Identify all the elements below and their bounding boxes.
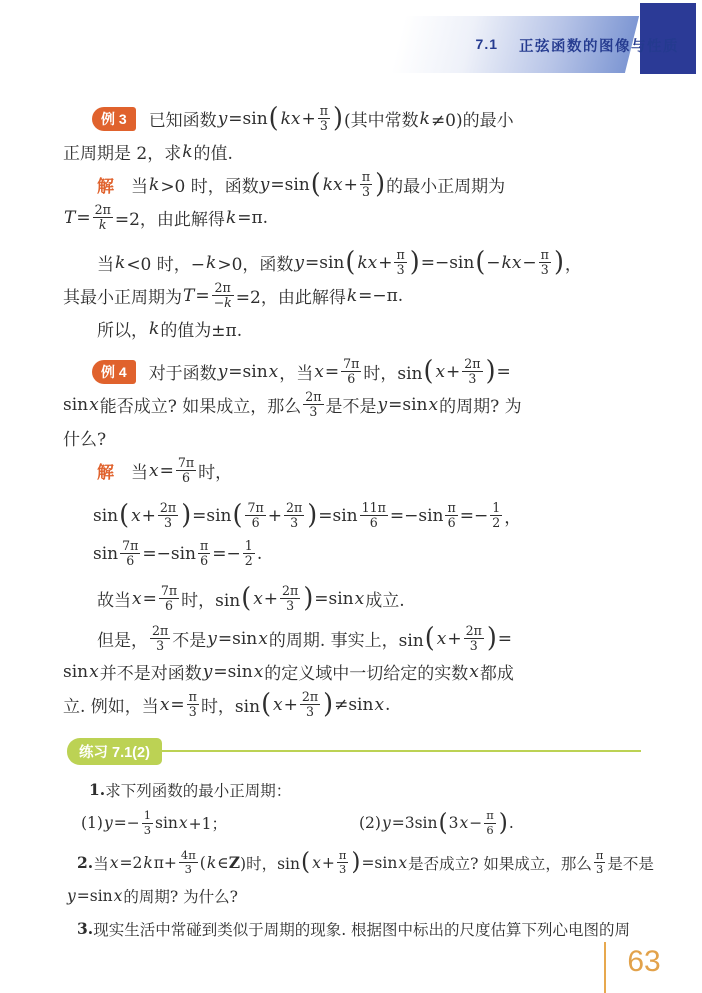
- paren: ): [306, 505, 318, 526]
- text-run: +: [378, 253, 392, 273]
- fraction: 12: [490, 501, 502, 531]
- fraction-numerator: 11π: [360, 501, 388, 515]
- example-badge: 例 3: [92, 107, 136, 131]
- paren: (: [423, 361, 435, 382]
- text-run: =sin: [213, 662, 252, 682]
- bold-run: 1.: [89, 780, 105, 799]
- text-run: =sin: [218, 629, 257, 649]
- fraction-numerator: 7π: [245, 501, 265, 515]
- fraction-denominator: 3: [280, 598, 300, 613]
- math-variable: y: [66, 887, 77, 905]
- text-run: 对于函数: [149, 359, 217, 384]
- fraction-denominator: 3: [360, 184, 372, 199]
- text-run: ≠sin: [334, 695, 373, 715]
- text-run: =sin: [228, 362, 267, 382]
- text-run: .: [257, 544, 262, 564]
- fraction-denominator: 3: [187, 704, 199, 719]
- math-variable: kx: [356, 253, 378, 273]
- text-run: +: [284, 695, 298, 715]
- text-line: 3. 现实生活中常碰到类似于周期的现象. 根据图中标出的尺度估算下列心电图的周: [63, 912, 641, 945]
- math-variable: k: [148, 319, 160, 339]
- document-body: 例 3已知函数 y=sin(kx+π3)(其中常数 k≠0)的最小正周期是 2，…: [63, 100, 641, 945]
- math-variable: x: [354, 589, 366, 609]
- fraction-denominator: 3: [462, 371, 482, 386]
- text-run: 时，sin: [201, 692, 260, 717]
- text-run: 时，: [198, 458, 232, 483]
- text-run: sin: [155, 814, 178, 832]
- practice-badge: 练习 7.1(2): [67, 738, 162, 765]
- text-run: 立. 例如，当: [63, 692, 159, 717]
- math-variable: x: [397, 854, 408, 872]
- text-run: 当: [131, 172, 148, 197]
- math-variable: y: [381, 814, 392, 832]
- math-variable: x: [113, 887, 124, 905]
- math-variable: x: [428, 395, 440, 415]
- text-run: =sin: [228, 109, 267, 129]
- text-run: =−sin: [421, 253, 475, 273]
- text-run: (2): [359, 814, 381, 832]
- example-badge: 例 4: [92, 360, 136, 384]
- text-run: =: [195, 286, 209, 306]
- text-line: 但是，2π3不是 y=sin x 的周期. 事实上，sin(x+2π3)=: [63, 622, 641, 655]
- text-line: 什么?: [63, 421, 641, 454]
- text-run: +1；: [189, 812, 227, 834]
- text-run: 的周期? 为: [439, 392, 522, 417]
- text-line: (1) y=−13sin x+1；(2) y=3sin(3x−π6).: [63, 806, 641, 840]
- text-run: sin: [93, 544, 118, 564]
- text-run: 正周期是 2，求: [63, 139, 181, 164]
- fraction-denominator: 3: [150, 638, 170, 653]
- fraction-denominator: 3: [284, 515, 304, 530]
- text-run: =sin: [305, 253, 344, 273]
- fraction-numerator: 7π: [159, 584, 179, 598]
- column-1: (1) y=−13sin x+1；: [63, 809, 359, 836]
- fraction-numerator: π: [337, 849, 349, 862]
- text-run: sin: [63, 662, 88, 682]
- paren: (: [268, 108, 280, 129]
- text-run: =2，由此解得: [236, 283, 346, 308]
- text-line: y=sin x 的周期? 为什么?: [63, 879, 641, 912]
- text-run: −: [522, 253, 536, 273]
- fraction-denominator: 3: [179, 862, 198, 876]
- math-variable: k: [114, 253, 126, 273]
- fraction-numerator: 2π: [284, 501, 304, 515]
- text-run: 时，sin: [363, 359, 422, 384]
- text-run: sin: [63, 395, 88, 415]
- math-variable: x: [311, 854, 322, 872]
- math-variable: y: [217, 109, 229, 129]
- text-run: 现实生活中常碰到类似于周期的现象. 根据图中标出的尺度估算下列心电图的周: [93, 918, 630, 940]
- text-run: =sin: [77, 887, 113, 905]
- text-run: =: [76, 208, 90, 228]
- math-variable: k: [225, 208, 237, 228]
- section-number: 7.1: [450, 36, 498, 52]
- paren: ): [553, 252, 565, 273]
- text-line: sin x 能否成立? 如果成立，那么2π3是不是 y=sin x 的周期? 为: [63, 388, 641, 421]
- text-run: >0，函数: [217, 250, 293, 275]
- paren: ): [485, 361, 497, 382]
- fraction: 2π3: [303, 390, 323, 420]
- fraction: π3: [594, 849, 606, 876]
- text-run: =: [170, 695, 184, 715]
- fraction-numerator: π: [198, 539, 210, 553]
- text-run: +: [322, 854, 335, 872]
- text-run: =−sin: [390, 506, 444, 526]
- fraction-denominator: 6: [120, 553, 140, 568]
- text-run: =sin: [270, 175, 309, 195]
- text-run: =: [160, 461, 174, 481]
- text-run: 的周期? 为什么?: [123, 885, 238, 907]
- fraction-denominator: 6: [445, 515, 457, 530]
- fraction: 4π3: [179, 849, 198, 876]
- paren: (: [424, 628, 436, 649]
- math-variable: x: [148, 461, 160, 481]
- paren: (: [474, 252, 486, 273]
- fraction: 2π3: [300, 690, 320, 720]
- text-run: 已知函数: [149, 106, 217, 131]
- text-line: 立. 例如，当 x=π3时，sin(x+2π3)≠sin x.: [63, 688, 641, 721]
- fraction: π3: [394, 248, 406, 278]
- fraction-denominator: −k: [212, 295, 234, 310]
- text-run: 成立.: [365, 586, 404, 611]
- text-run: =: [325, 362, 339, 382]
- fraction-denominator: 3: [337, 862, 349, 876]
- fraction-denominator: 6: [198, 553, 210, 568]
- text-run: =sin: [192, 506, 231, 526]
- column-2: (2) y=3sin(3x−π6).: [359, 809, 514, 836]
- paren: (: [344, 252, 356, 273]
- text-run: (其中常数: [344, 106, 419, 131]
- fraction: 7π6: [159, 584, 179, 614]
- math-variable: kx: [280, 109, 302, 129]
- fraction-denominator: k: [93, 217, 113, 232]
- fraction: 7π6: [245, 501, 265, 531]
- text-line: 1. 求下列函数的最小正周期：: [63, 773, 641, 806]
- math-variable: k: [142, 854, 153, 872]
- paren: ): [302, 588, 314, 609]
- fraction: 13: [142, 809, 153, 836]
- text-run: +: [447, 629, 461, 649]
- page-number: 63: [612, 945, 676, 979]
- text-line: T=2πk=2，由此解得 k=π.: [63, 201, 641, 234]
- text-run: =sin: [361, 854, 397, 872]
- text-line: 其最小正周期为 T=2π−k=2，由此解得 k=−π.: [63, 279, 641, 312]
- text-run: =3sin: [392, 814, 438, 832]
- math-variable: x: [313, 362, 325, 382]
- text-run: <0 时，−: [126, 250, 205, 275]
- math-variable: y: [293, 253, 305, 273]
- math-variable: x: [468, 662, 480, 682]
- fraction-numerator: 2π: [303, 390, 323, 404]
- paren: (: [260, 694, 272, 715]
- text-run: π+: [154, 854, 177, 872]
- math-variable: x: [252, 589, 264, 609]
- math-variable: x: [131, 589, 143, 609]
- text-run: 的值.: [194, 139, 233, 164]
- practice-rule: [162, 750, 641, 752]
- math-variable: x: [458, 814, 469, 832]
- fraction-denominator: 3: [594, 862, 606, 876]
- fraction-denominator: 6: [245, 515, 265, 530]
- fraction: 2πk: [93, 203, 113, 233]
- text-run: .: [509, 814, 514, 832]
- paren: (: [300, 853, 311, 873]
- text-run: 的定义域中一切给定的实数: [264, 659, 468, 684]
- fraction: 12: [243, 539, 255, 569]
- fraction-numerator: 2π: [462, 357, 482, 371]
- fraction-numerator: 2π: [212, 281, 234, 295]
- math-variable: x: [373, 695, 385, 715]
- fraction-numerator: 7π: [341, 357, 361, 371]
- text-run: +: [446, 362, 460, 382]
- text-run: 能否成立? 如果成立，那么: [100, 392, 302, 417]
- text-run: 时，sin: [181, 586, 240, 611]
- text-run: =π.: [237, 208, 268, 228]
- text-line: 当 k<0 时，−k>0，函数 y=sin(kx+π3)=−sin(−kx−π3…: [63, 246, 641, 279]
- text-run: 的周期. 事实上，sin: [269, 626, 424, 651]
- fraction-numerator: 4π: [179, 849, 198, 862]
- fraction: 2π3: [280, 584, 300, 614]
- fraction: 7π6: [341, 357, 361, 387]
- text-run: =sin: [314, 589, 353, 609]
- text-run: ，: [504, 503, 521, 528]
- paren: ): [374, 174, 386, 195]
- text-run: 所以，: [97, 316, 148, 341]
- text-run: 并不是对函数: [100, 659, 202, 684]
- text-line: 解当 k>0 时，函数 y=sin(kx+π3)的最小正周期为: [63, 168, 641, 201]
- text-run: +: [268, 506, 282, 526]
- math-variable: kx: [501, 253, 523, 273]
- fraction: 2π3: [464, 624, 484, 654]
- text-run: 什么?: [63, 425, 106, 450]
- fraction: π3: [539, 248, 551, 278]
- text-run: ≠0)的最小: [431, 106, 514, 131]
- fraction-numerator: 2π: [280, 584, 300, 598]
- text-line: 所以，k 的值为±π.: [63, 312, 641, 345]
- fraction: π3: [187, 690, 199, 720]
- fraction: 2π3: [158, 501, 178, 531]
- text-line: sin 7π6=−sin π6=−12.: [63, 537, 641, 570]
- math-variable: x: [434, 362, 446, 382]
- text-run: >0 时，函数: [160, 172, 258, 197]
- fraction-denominator: 2: [490, 515, 502, 530]
- text-run: ，当: [279, 359, 313, 384]
- fraction-denominator: 6: [484, 823, 496, 837]
- paren: ): [350, 853, 361, 873]
- paren: (: [232, 505, 244, 526]
- fraction-denominator: 3: [300, 704, 320, 719]
- paren: (: [118, 505, 130, 526]
- paren: ): [180, 505, 192, 526]
- text-run: =−: [212, 544, 241, 564]
- fraction: 2π3: [462, 357, 482, 387]
- text-run: 当: [93, 852, 109, 874]
- fraction: 7π6: [176, 456, 196, 486]
- text-run: =: [498, 629, 512, 649]
- fraction-denominator: 3: [303, 404, 323, 419]
- text-run: 故当: [97, 586, 131, 611]
- text-run: −: [469, 814, 482, 832]
- text-line: 正周期是 2，求 k 的值.: [63, 135, 641, 168]
- solution-label: 解: [97, 172, 114, 197]
- fraction-denominator: 3: [394, 262, 406, 277]
- fraction-numerator: 2π: [300, 690, 320, 704]
- text-run: 是不是: [607, 852, 654, 874]
- text-line: 例 4对于函数 y=sin x，当 x=7π6时，sin(x+2π3)=: [63, 355, 641, 388]
- fraction-numerator: π: [594, 849, 606, 862]
- fraction-numerator: π: [318, 104, 330, 118]
- text-run: 是否成立? 如果成立，那么: [408, 852, 592, 874]
- paren: ): [332, 108, 344, 129]
- math-variable: T: [182, 286, 195, 306]
- math-variable: y: [217, 362, 229, 382]
- fraction-numerator: π: [187, 690, 199, 704]
- text-run: =: [143, 589, 157, 609]
- bold-run: Z: [229, 853, 240, 872]
- fraction-numerator: 7π: [176, 456, 196, 470]
- math-variable: k: [181, 142, 193, 162]
- math-variable: kx: [322, 175, 344, 195]
- fraction-denominator: 6: [176, 470, 196, 485]
- math-variable: y: [259, 175, 271, 195]
- text-run: =2: [119, 854, 142, 872]
- paren: ): [498, 813, 509, 833]
- math-variable: x: [436, 629, 448, 649]
- fraction-numerator: 2π: [464, 624, 484, 638]
- fraction-denominator: 3: [158, 515, 178, 530]
- text-run: +: [142, 506, 156, 526]
- text-run: 3: [449, 814, 459, 832]
- fraction: 2π3: [284, 501, 304, 531]
- page-number-rule: [604, 942, 606, 993]
- math-variable: x: [268, 362, 280, 382]
- text-run: =: [497, 362, 511, 382]
- fraction-denominator: 2: [243, 553, 255, 568]
- bold-run: 3.: [77, 919, 93, 938]
- math-variable: x: [253, 662, 265, 682]
- paren: (: [310, 174, 322, 195]
- text-run: =−: [460, 506, 489, 526]
- fraction-denominator: 3: [318, 118, 330, 133]
- text-run: sin: [93, 506, 118, 526]
- paren: (: [437, 813, 448, 833]
- fraction: 7π6: [120, 539, 140, 569]
- math-variable: x: [130, 506, 142, 526]
- text-run: (1): [81, 814, 103, 832]
- bold-run: 2.: [77, 853, 93, 872]
- fraction: 11π6: [360, 501, 388, 531]
- fraction: 2π−k: [212, 281, 234, 311]
- fraction: 2π3: [150, 624, 170, 654]
- text-run: 其最小正周期为: [63, 283, 182, 308]
- text-line: 解当 x=7π6时，: [63, 454, 641, 487]
- fraction-numerator: π: [445, 501, 457, 515]
- fraction-denominator: 3: [142, 823, 153, 837]
- text-run: =sin: [388, 395, 427, 415]
- fraction-numerator: 1: [490, 501, 502, 515]
- text-line: sin x 并不是对函数 y=sin x 的定义域中一切给定的实数 x 都成: [63, 655, 641, 688]
- paren: (: [240, 588, 252, 609]
- fraction: π3: [318, 104, 330, 134]
- math-variable: k: [419, 109, 431, 129]
- text-run: ，: [565, 250, 582, 275]
- math-variable: y: [202, 662, 214, 682]
- text-run: =−: [114, 814, 140, 832]
- page-title: 正弦函数的图像与性质: [519, 35, 679, 56]
- text-run: 当: [131, 458, 148, 483]
- text-run: 的最小正周期为: [386, 172, 505, 197]
- fraction-numerator: 2π: [158, 501, 178, 515]
- practice-header: 练习 7.1(2): [63, 737, 641, 765]
- text-run: .: [385, 695, 390, 715]
- fraction-numerator: π: [360, 170, 372, 184]
- text-run: )时，sin: [240, 852, 300, 874]
- text-run: 不是: [172, 626, 206, 651]
- fraction: π6: [198, 539, 210, 569]
- text-run: +: [264, 589, 278, 609]
- fraction-denominator: 3: [539, 262, 551, 277]
- fraction: π3: [360, 170, 372, 200]
- fraction-denominator: 6: [159, 598, 179, 613]
- paren: ): [409, 252, 421, 273]
- math-variable: T: [63, 208, 76, 228]
- fraction-denominator: 6: [360, 515, 388, 530]
- text-line: sin(x+2π3)=sin(7π6+2π3)=sin 11π6=−sin π6…: [63, 499, 641, 532]
- math-variable: x: [88, 662, 100, 682]
- fraction-numerator: π: [539, 248, 551, 262]
- paren: ): [486, 628, 498, 649]
- fraction: π3: [337, 849, 349, 876]
- math-variable: y: [103, 814, 114, 832]
- fraction-numerator: 2π: [93, 203, 113, 217]
- text-run: +: [344, 175, 358, 195]
- fraction-denominator: 6: [341, 371, 361, 386]
- text-run: =−π.: [358, 286, 403, 306]
- text-line: 2. 当 x=2kπ+4π3(k∈Z)时，sin(x+π3)=sin x 是否成…: [63, 846, 641, 879]
- math-variable: k: [148, 175, 160, 195]
- text-run: =−sin: [142, 544, 196, 564]
- math-variable: k: [346, 286, 358, 306]
- math-variable: x: [88, 395, 100, 415]
- fraction-numerator: π: [484, 809, 496, 822]
- math-variable: x: [257, 629, 269, 649]
- fraction-numerator: 1: [142, 809, 153, 822]
- text-run: =2，由此解得: [115, 205, 225, 230]
- text-run: 是不是: [326, 392, 377, 417]
- solution-label: 解: [97, 458, 114, 483]
- math-variable: k: [206, 854, 217, 872]
- text-line: 例 3已知函数 y=sin(kx+π3)(其中常数 k≠0)的最小: [63, 102, 641, 135]
- paren: ): [322, 694, 334, 715]
- text-run: −: [486, 253, 500, 273]
- fraction-denominator: 3: [464, 638, 484, 653]
- math-variable: y: [377, 395, 389, 415]
- fraction-numerator: π: [394, 248, 406, 262]
- fraction: π6: [445, 501, 457, 531]
- math-variable: x: [272, 695, 284, 715]
- math-variable: x: [178, 814, 189, 832]
- text-run: 都成: [480, 659, 514, 684]
- math-variable: k: [205, 253, 217, 273]
- math-variable: y: [206, 629, 218, 649]
- text-run: =sin: [318, 506, 357, 526]
- text-run: 当: [97, 250, 114, 275]
- math-variable: x: [159, 695, 171, 715]
- math-variable: x: [109, 854, 120, 872]
- text-run: 求下列函数的最小正周期：: [105, 779, 291, 801]
- text-line: 故当 x=7π6时，sin(x+2π3)=sin x 成立.: [63, 582, 641, 615]
- fraction-numerator: 7π: [120, 539, 140, 553]
